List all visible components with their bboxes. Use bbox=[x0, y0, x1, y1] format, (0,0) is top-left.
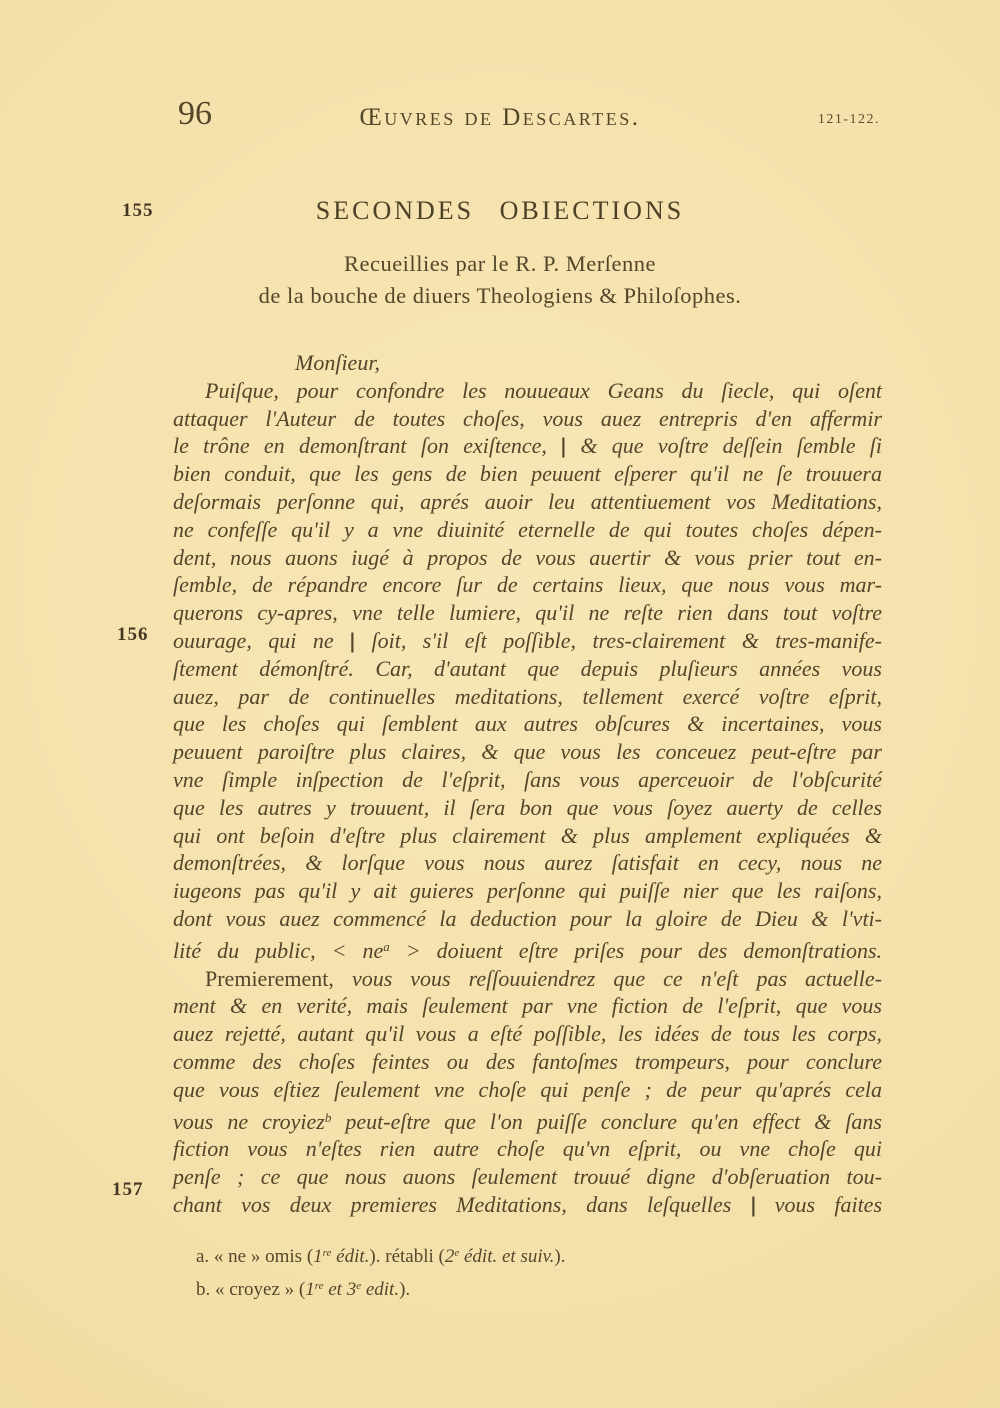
text-segment: Monſieur, bbox=[295, 350, 380, 375]
text-segment: & que voſtre deſſein ſemble ſi bbox=[566, 433, 882, 458]
text-segment: et 3 bbox=[323, 1279, 356, 1300]
text-segment: que les autres y trouuent, il ſera bon q… bbox=[173, 795, 882, 820]
section-title: SECONDES OBIECTIONS bbox=[0, 196, 1000, 226]
book-page: 96 Œuvres de Descartes. 121-122. 155 156… bbox=[0, 0, 1000, 1408]
body-line: querons cy-apres, vne telle lumiere, qu'… bbox=[173, 599, 882, 627]
body-line: comme des choſes feintes ou des fantoſme… bbox=[173, 1048, 882, 1076]
text-segment: dont vous auez commencé la deduction pou… bbox=[173, 906, 882, 931]
body-line: attaquer l'Auteur de toutes choſes, vous… bbox=[173, 405, 882, 433]
text-segment: Premierement, bbox=[205, 966, 352, 991]
text-segment: vous vous reſſouuiendrez que ce n'eſt pa… bbox=[352, 966, 882, 991]
body-line: lité du public, < nea > doiuent eſtre pr… bbox=[173, 933, 882, 965]
text-segment: que les choſes qui ſemblent aux autres o… bbox=[173, 711, 882, 736]
column-numbers: 121-122. bbox=[818, 112, 880, 128]
text-segment: querons cy-apres, vne telle lumiere, qu'… bbox=[173, 600, 882, 625]
body-line: auez rejetté, autant qu'il vous a eſté p… bbox=[173, 1020, 882, 1048]
text-segment: peuuent paroiſtre plus claires, & que vo… bbox=[173, 739, 882, 764]
body-line: qui ont beſoin d'eſtre plus clairement &… bbox=[173, 822, 882, 850]
text-segment: demonſtrées, & lorſque vous nous aurez ſ… bbox=[173, 850, 882, 875]
text-segment: edit. bbox=[361, 1279, 399, 1300]
text-segment: qui ont beſoin d'eſtre plus clairement &… bbox=[173, 823, 882, 848]
text-segment: bien conduit, que les gens de bien peuue… bbox=[173, 461, 882, 486]
margin-number-156: 156 bbox=[117, 624, 149, 646]
text-segment: ouurage, qui ne bbox=[173, 628, 350, 653]
body-line: iugeons pas qu'il y ait guieres perſonne… bbox=[173, 877, 882, 905]
body-line: ouurage, qui ne | ſoit, s'il eſt poſſibl… bbox=[173, 627, 882, 655]
text-segment: > doiuent eſtre priſes pour des demonſtr… bbox=[390, 938, 882, 963]
body-line: Puiſque, pour confondre les nouueaux Gea… bbox=[173, 377, 882, 405]
text-segment: penſe ; ce que nous auons ſeulement trou… bbox=[173, 1164, 882, 1189]
body-line: deſormais perſonne qui, aprés auoir leu … bbox=[173, 488, 882, 516]
text-segment: vous ne croyiez bbox=[173, 1109, 325, 1134]
footnote-line: a. « ne » omis (1re édit.). rétabli (2e … bbox=[196, 1239, 836, 1272]
text-segment: 1 bbox=[305, 1279, 315, 1300]
body-line: bien conduit, que les gens de bien peuue… bbox=[173, 460, 882, 488]
body-line: chant vos deux premieres Meditations, da… bbox=[173, 1191, 882, 1219]
text-segment: chant vos deux premieres Meditations, da… bbox=[173, 1192, 751, 1217]
text-segment: que vous eſtiez ſeulement vne choſe qui … bbox=[173, 1077, 882, 1102]
body-line: dont vous auez commencé la deduction pou… bbox=[173, 905, 882, 933]
page-break-bar: | bbox=[349, 627, 356, 655]
text-segment: lité du public, < ne bbox=[173, 938, 383, 963]
body-line: ſtement démonſtré. Car, d'autant que dep… bbox=[173, 655, 882, 683]
text-segment: peut-eſtre que l'on puiſſe conclure qu'e… bbox=[331, 1109, 882, 1134]
subtitle-line-1: Recueillies par le R. P. Merſenne bbox=[0, 248, 1000, 280]
body-line: peuuent paroiſtre plus claires, & que vo… bbox=[173, 738, 882, 766]
text-segment: a. « ne » omis ( bbox=[196, 1246, 313, 1267]
text-segment: vne ſimple inſpection de l'eſprit, ſans … bbox=[173, 767, 882, 792]
text-segment: iugeons pas qu'il y ait guieres perſonne… bbox=[173, 878, 882, 903]
page-break-bar: | bbox=[560, 432, 567, 460]
text-segment: attaquer l'Auteur de toutes choſes, vous… bbox=[173, 406, 882, 431]
text-segment: comme des choſes feintes ou des fantoſme… bbox=[173, 1049, 882, 1074]
text-segment: auez rejetté, autant qu'il vous a eſté p… bbox=[173, 1021, 882, 1046]
body-line: ne confeſſe qu'il y a vne diuinité etern… bbox=[173, 516, 882, 544]
text-segment: ſtement démonſtré. Car, d'autant que dep… bbox=[173, 656, 882, 681]
text-segment: édit. et suiv. bbox=[459, 1246, 554, 1267]
body-line: que vous eſtiez ſeulement vne choſe qui … bbox=[173, 1076, 882, 1104]
text-segment: ). bbox=[554, 1246, 565, 1267]
text-segment: deſormais perſonne qui, aprés auoir leu … bbox=[173, 489, 882, 514]
body-line: que les choſes qui ſemblent aux autres o… bbox=[173, 710, 882, 738]
text-segment: le trône en demonſtrant ſon exiſtence, bbox=[173, 433, 561, 458]
text-segment: auez, par de continuelles meditations, t… bbox=[173, 684, 882, 709]
text-segment: vous faites bbox=[755, 1192, 882, 1217]
text-segment: fiction vous n'eſtes rien autre choſe qu… bbox=[173, 1136, 882, 1161]
subtitle-line-2: de la bouche de diuers Theologiens & Phi… bbox=[0, 280, 1000, 312]
footnote-line: b. « croyez » (1re et 3e edit.). bbox=[196, 1272, 836, 1305]
text-segment: Puiſque, pour confondre les nouueaux Gea… bbox=[205, 378, 882, 403]
body-line: le trône en demonſtrant ſon exiſtence, |… bbox=[173, 432, 882, 460]
body-line: Premierement, vous vous reſſouuiendrez q… bbox=[173, 965, 882, 993]
body-line: vne ſimple inſpection de l'eſprit, ſans … bbox=[173, 766, 882, 794]
body-line: demonſtrées, & lorſque vous nous aurez ſ… bbox=[173, 849, 882, 877]
body-line: fiction vous n'eſtes rien autre choſe qu… bbox=[173, 1135, 882, 1163]
page-break-bar: | bbox=[750, 1191, 757, 1219]
footnotes: a. « ne » omis (1re édit.). rétabli (2e … bbox=[196, 1239, 836, 1304]
body-line: ment & en verité, mais ſeulement par vne… bbox=[173, 992, 882, 1020]
body-line: ſemble, de répandre encore ſur de certai… bbox=[173, 571, 882, 599]
body-line: que les autres y trouuent, il ſera bon q… bbox=[173, 794, 882, 822]
text-segment: ſemble, de répandre encore ſur de certai… bbox=[173, 572, 882, 597]
text-segment: b. « croyez » ( bbox=[196, 1279, 305, 1300]
text-segment: ne confeſſe qu'il y a vne diuinité etern… bbox=[173, 517, 882, 542]
text-segment: 1 bbox=[313, 1246, 323, 1267]
text-segment: 2 bbox=[445, 1246, 455, 1267]
text-segment: ſoit, s'il eſt poſſible, tres-clairement… bbox=[355, 628, 882, 653]
body-text: Monſieur,Puiſque, pour confondre les nou… bbox=[173, 349, 882, 1219]
section-subtitle: Recueillies par le R. P. Merſenne de la … bbox=[0, 248, 1000, 311]
body-line: vous ne croyiezb peut-eſtre que l'on pui… bbox=[173, 1104, 882, 1136]
text-segment: ). rétabli ( bbox=[369, 1246, 444, 1267]
text-segment: ment & en verité, mais ſeulement par vne… bbox=[173, 993, 882, 1018]
body-line: penſe ; ce que nous auons ſeulement trou… bbox=[173, 1163, 882, 1191]
text-segment: édit. bbox=[331, 1246, 369, 1267]
text-segment: dent, nous auons iugé à propos de vous a… bbox=[173, 545, 882, 570]
text-segment: ). bbox=[399, 1279, 410, 1300]
body-line: Monſieur, bbox=[173, 349, 882, 377]
margin-number-157: 157 bbox=[112, 1179, 144, 1201]
body-line: dent, nous auons iugé à propos de vous a… bbox=[173, 544, 882, 572]
body-line: auez, par de continuelles meditations, t… bbox=[173, 683, 882, 711]
